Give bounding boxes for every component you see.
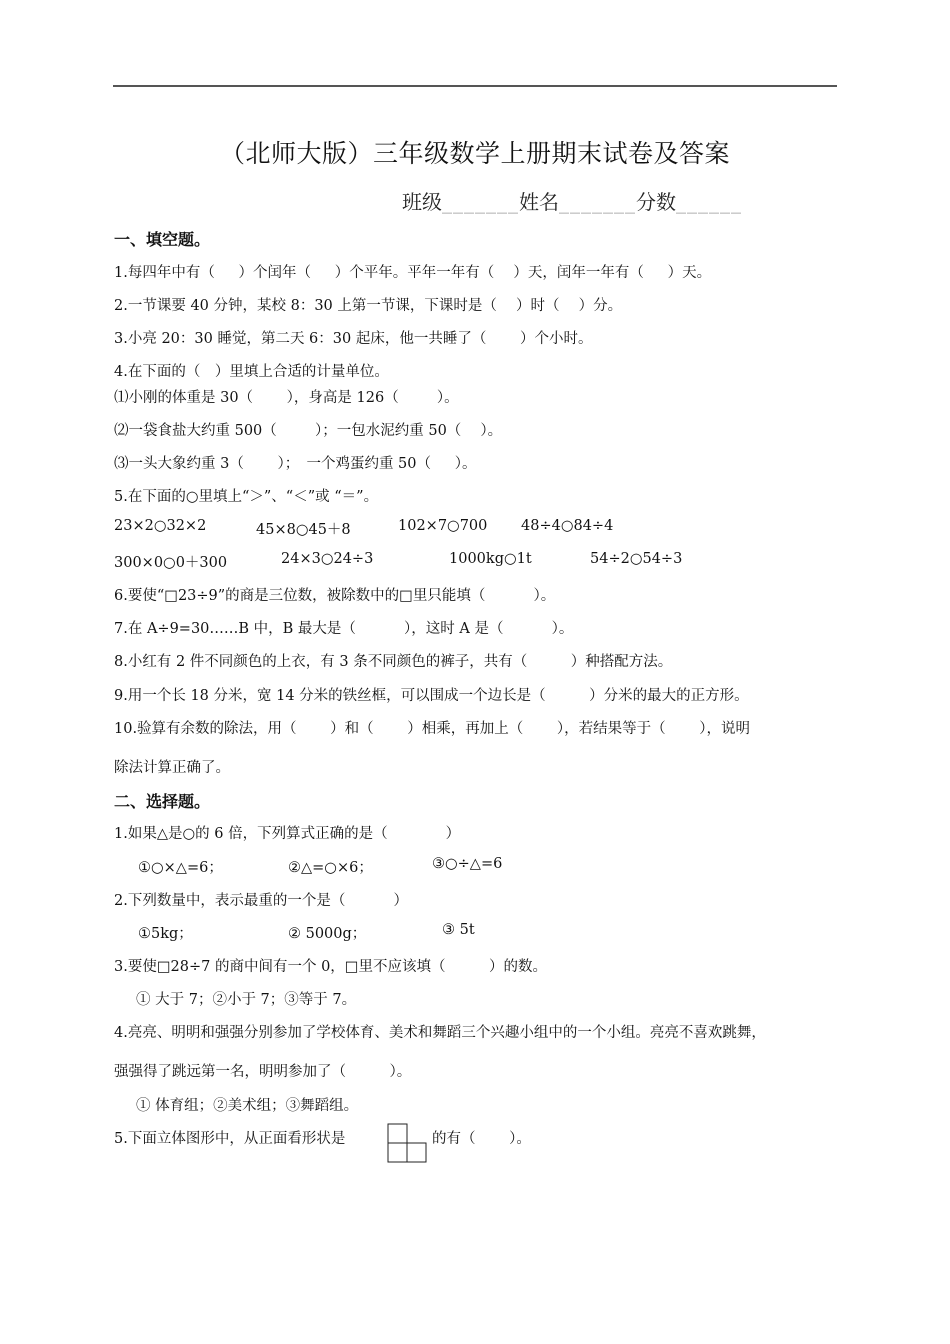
compare-item: 102×7○700 (398, 518, 487, 534)
section-heading-choice: 二、选择题。 (114, 789, 210, 812)
student-info-line: 班级_______姓名_______分数______ (402, 186, 742, 215)
compare-item: 54÷2○54÷3 (590, 551, 682, 567)
option: ③ 5t (442, 922, 475, 938)
compare-item: 1000kg○1t (449, 551, 532, 567)
l-shape-front-view-icon (387, 1123, 429, 1164)
question-1-4: 4.在下面的（ ）里填上合适的计量单位。 (114, 360, 389, 381)
question-1-9: 9.用一个长 18 分米，宽 14 分米的铁丝框，可以围成一个边长是（ ）分米的… (114, 684, 749, 705)
question-1-4-part3: ⑶一头大象约重 3（ ）； 一个鸡蛋约重 50（ ）。 (114, 452, 476, 473)
option: ③○÷△=6 (432, 856, 502, 872)
class-blank[interactable]: _______ (442, 190, 519, 214)
header-rule (113, 85, 837, 87)
option: ② 5000g； (288, 922, 366, 943)
name-label: 姓名 (519, 190, 559, 214)
question-2-5-prefix: 5.下面立体图形中，从正面看形状是 (114, 1131, 345, 1147)
name-blank[interactable]: _______ (559, 190, 636, 214)
option: ①5kg； (138, 922, 193, 943)
question-1-8: 8.小红有 2 件不同颜色的上衣，有 3 条不同颜色的裤子，共有（ ）种搭配方法… (114, 650, 672, 671)
option: ②△=○×6； (288, 856, 373, 877)
question-2-4-cont: 强强得了跳远第一名，明明参加了（ ）。 (114, 1060, 411, 1081)
page-title: （北师大版）三年级数学上册期末试卷及答案 (0, 134, 950, 170)
question-2-3-options: ① 大于 7；②小于 7；③等于 7。 (136, 988, 356, 1009)
section-heading-fill-blank: 一、填空题。 (114, 227, 210, 250)
compare-item: 300×0○0＋300 (114, 551, 227, 572)
compare-item: 45×8○45＋8 (256, 518, 351, 539)
question-2-2: 2.下列数量中，表示最重的一个是（ ） (114, 889, 408, 910)
question-1-7: 7.在 A÷9=30……B 中，B 最大是（ ），这时 A 是（ ）。 (114, 617, 573, 638)
compare-item: 23×2○32×2 (114, 518, 206, 534)
question-1-10: 10.验算有余数的除法，用（ ）和（ ）相乘，再加上（ ），若结果等于（ ），说… (114, 717, 750, 738)
question-2-5: 5.下面立体图形中，从正面看形状是 (114, 1127, 345, 1148)
question-1-5: 5.在下面的○里填上“＞”、“＜”或 “＝”。 (114, 485, 378, 506)
score-blank[interactable]: ______ (676, 190, 742, 214)
question-2-3: 3.要使□28÷7 的商中间有一个 0，□里不应该填（ ）的数。 (114, 955, 547, 976)
question-2-1: 1.如果△是○的 6 倍，下列算式正确的是（ ） (114, 822, 460, 843)
question-2-4: 4.亮亮、明明和强强分别参加了学校体育、美术和舞蹈三个兴趣小组中的一个小组。亮亮… (114, 1021, 766, 1042)
question-1-10-cont: 除法计算正确了。 (114, 756, 230, 777)
question-1-6: 6.要使“□23÷9”的商是三位数，被除数中的□里只能填（ ）。 (114, 584, 555, 605)
question-1-2: 2.一节课要 40 分钟，某校 8：30 上第一节课，下课时是（ ）时（ ）分。 (114, 294, 622, 315)
question-1-3: 3.小亮 20：30 睡觉，第二天 6：30 起床，他一共睡了（ ）个小时。 (114, 327, 592, 348)
question-1-4-part1: ⑴小刚的体重是 30（ ），身高是 126（ ）。 (114, 386, 459, 407)
compare-item: 24×3○24÷3 (281, 551, 373, 567)
question-1-4-part2: ⑵一袋食盐大约重 500（ ）；一包水泥约重 50（ ）。 (114, 419, 502, 440)
question-2-4-options: ① 体育组；②美术组；③舞蹈组。 (136, 1094, 358, 1115)
option: ①○×△=6； (138, 856, 223, 877)
question-2-5-suffix: 的有（ ）。 (432, 1127, 531, 1148)
question-1-1: 1.每四年中有（ ）个闰年（ ）个平年。平年一年有（ ）天，闰年一年有（ ）天。 (114, 261, 711, 282)
class-label: 班级 (402, 190, 442, 214)
compare-item: 48÷4○84÷4 (521, 518, 613, 534)
score-label: 分数 (636, 190, 676, 214)
